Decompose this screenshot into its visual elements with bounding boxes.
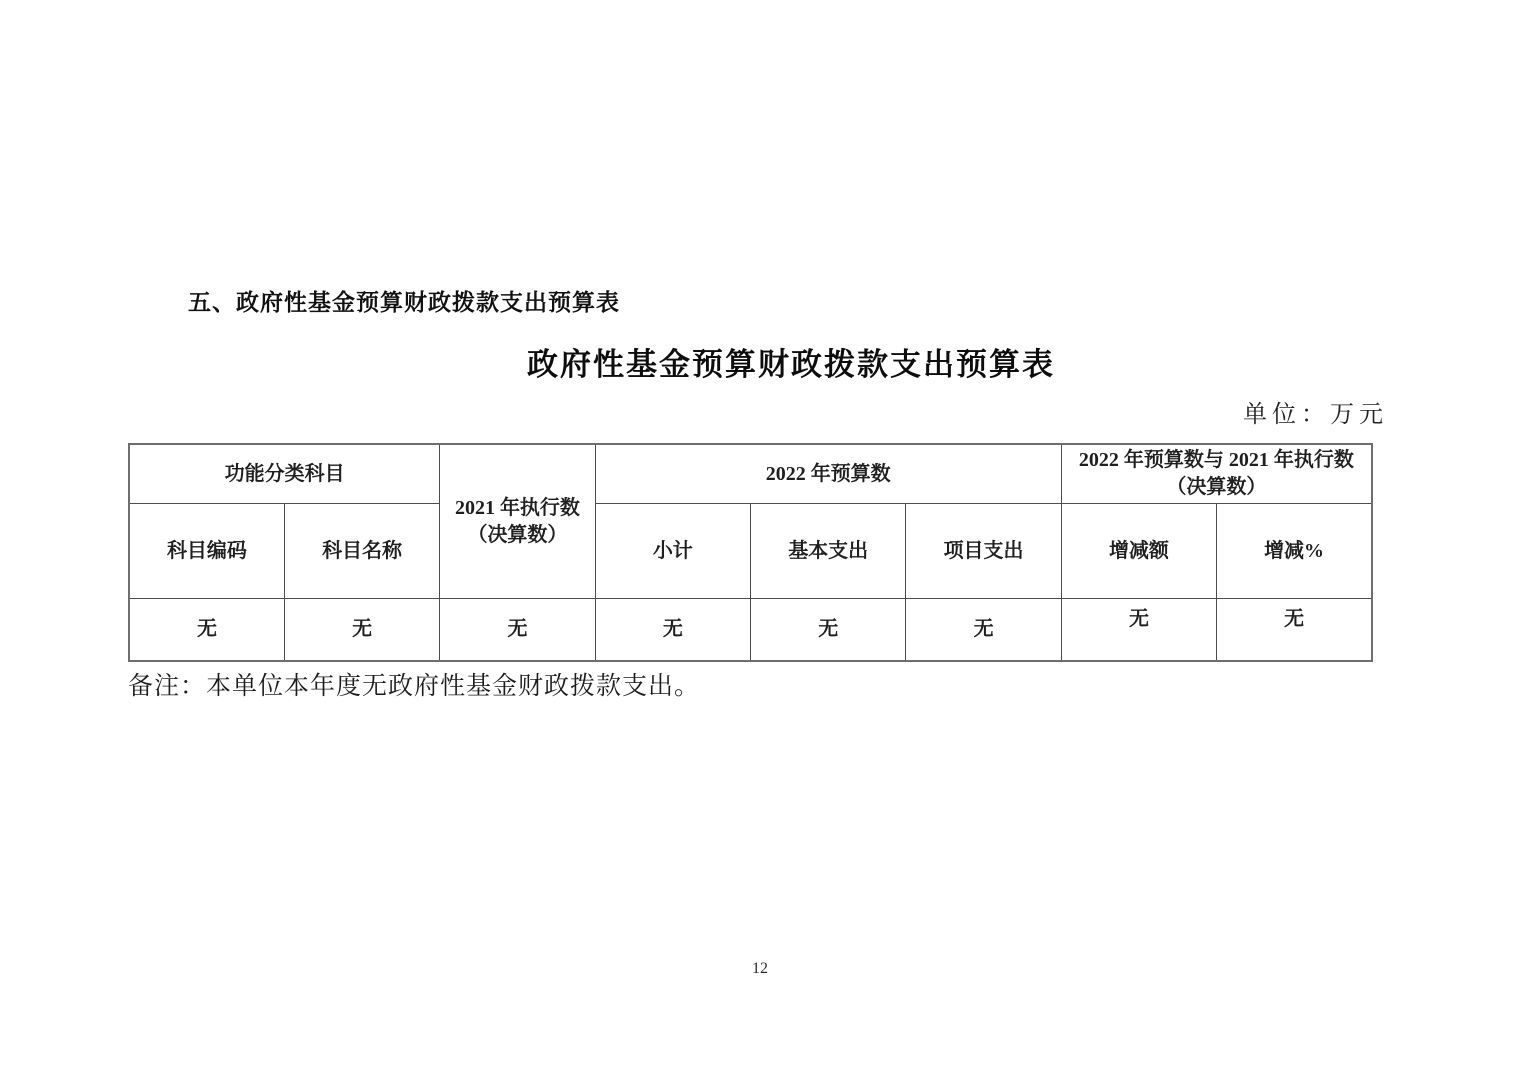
header-budget-2022: 2022 年预算数 xyxy=(595,444,1061,504)
header-exec-2021: 2021 年执行数 （决算数） xyxy=(440,444,595,599)
page-number: 12 xyxy=(0,960,1520,978)
header-function-category: 功能分类科目 xyxy=(129,444,440,504)
header-compare: 2022 年预算数与 2021 年执行数 （决算数） xyxy=(1061,444,1372,504)
header-subject-name: 科目名称 xyxy=(284,504,439,599)
table-row: 无 无 无 无 无 无 无 无 xyxy=(129,599,1372,661)
header-basic-expenditure: 基本支出 xyxy=(751,504,906,599)
section-heading: 五、政府性基金预算财政拨款支出预算表 xyxy=(188,284,620,317)
header-exec-2021-line2: （决算数） xyxy=(444,522,590,549)
table-title: 政府性基金预算财政拨款支出预算表 xyxy=(0,339,1520,384)
cell-subject-code: 无 xyxy=(129,599,284,661)
sub-header-row: 科目编码 科目名称 小计 基本支出 项目支出 增减额 增减% xyxy=(129,504,1372,599)
header-subject-code: 科目编码 xyxy=(129,504,284,599)
cell-change-percent: 无 xyxy=(1217,599,1372,661)
header-compare-line1: 2022 年预算数与 2021 年执行数 xyxy=(1066,447,1367,474)
header-change-amount: 增减额 xyxy=(1061,504,1216,599)
unit-label: 单位：万元 xyxy=(1243,394,1388,429)
cell-subtotal: 无 xyxy=(595,599,750,661)
cell-project-expenditure: 无 xyxy=(906,599,1061,661)
budget-table: 功能分类科目 2021 年执行数 （决算数） 2022 年预算数 2022 年预… xyxy=(128,443,1373,662)
header-change-percent: 增减% xyxy=(1217,504,1372,599)
cell-basic-expenditure: 无 xyxy=(751,599,906,661)
header-exec-2021-line1: 2021 年执行数 xyxy=(444,495,590,522)
cell-subject-name: 无 xyxy=(284,599,439,661)
group-header-row: 功能分类科目 2021 年执行数 （决算数） 2022 年预算数 2022 年预… xyxy=(129,444,1372,504)
header-project-expenditure: 项目支出 xyxy=(906,504,1061,599)
cell-change-amount: 无 xyxy=(1061,599,1216,661)
note-line: 备注：本单位本年度无政府性基金财政拨款支出。 xyxy=(128,666,700,702)
header-subtotal: 小计 xyxy=(595,504,750,599)
cell-exec-2021: 无 xyxy=(440,599,595,661)
header-compare-line2: （决算数） xyxy=(1066,474,1367,501)
document-page: 五、政府性基金预算财政拨款支出预算表 政府性基金预算财政拨款支出预算表 单位：万… xyxy=(0,0,1520,1074)
